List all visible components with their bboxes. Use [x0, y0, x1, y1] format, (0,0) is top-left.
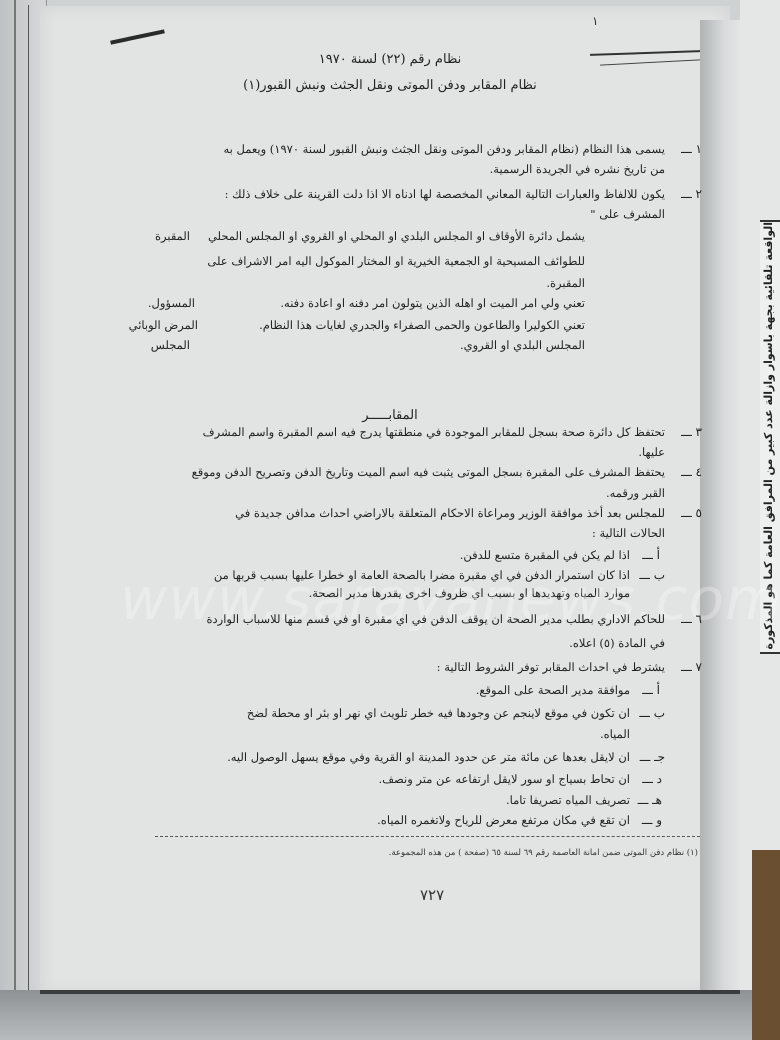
- page-binding-shadow: [700, 20, 740, 990]
- article-text: للمجلس بعد أخذ موافقة الوزير ومراعاة الا…: [235, 506, 665, 520]
- definition-text: يشمل دائرة الأوقاف او المجلس البلدي او ا…: [208, 229, 585, 243]
- clause-text: موافقة مدير الصحة على الموقع.: [476, 683, 630, 697]
- article-number: ٤ ـــ: [681, 465, 702, 479]
- clause-label: جـ ـــ: [640, 750, 665, 764]
- section-heading: المقابـــــر: [0, 408, 780, 423]
- article-number: ١ ـــ: [681, 142, 702, 156]
- article-text: يسمى هذا النظام (نظام المقابر ودفن الموت…: [223, 142, 665, 156]
- clause-label: ب ـــ: [639, 706, 665, 720]
- article-number: ٧ ـــ: [681, 660, 702, 674]
- clause-text: المياه.: [600, 727, 630, 741]
- clause-text: ان لايقل بعدها عن مائة متر عن حدود المدي…: [227, 750, 630, 764]
- article-text: عليها.: [638, 445, 665, 459]
- article-text: المشرف على ": [590, 207, 665, 221]
- article-text: القبر ورقمه.: [606, 486, 665, 500]
- page-number: ٧٢٧: [420, 886, 444, 904]
- clause-text: ان تكون في موقع لاينجم عن وجودها فيه خطر…: [247, 706, 630, 720]
- definition-text: المقبرة.: [546, 276, 585, 290]
- article-text: يشترط في احداث المقابر توفر الشروط التال…: [437, 660, 665, 674]
- clause-label: و ـــ: [642, 813, 662, 827]
- definition-text: المجلس البلدي او القروي.: [460, 338, 585, 352]
- definition-term: المسؤول.: [148, 296, 195, 310]
- clause-label: أ ـــ: [642, 683, 660, 697]
- regulation-title: نظام رقم (٢٢) لسنة ١٩٧٠: [0, 52, 780, 67]
- definition-term: المقبرة: [155, 229, 190, 243]
- article-text: من تاريخ نشره في الجريدة الرسمية.: [490, 162, 665, 176]
- page-bottom-edge: [40, 990, 740, 994]
- footnote: (١) نظام دفن الموتى ضمن امانة العاصمة رق…: [389, 848, 698, 858]
- definition-text: للطوائف المسيحية او الجمعية الخيرية او ا…: [207, 254, 585, 268]
- definition-term: المجلس: [151, 338, 190, 352]
- wood-surface: [752, 850, 780, 1040]
- definition-term: المرض الوبائي: [129, 318, 198, 332]
- article-number: ٦ ـــ: [681, 612, 702, 626]
- corner-number: ١: [592, 14, 598, 28]
- article-number: ٢ ـــ: [681, 187, 702, 201]
- clause-label: هـ ـــ: [638, 793, 662, 807]
- article-text: للحاكم الاداري بطلب مدير الصحة ان يوقف ا…: [207, 612, 666, 626]
- clause-text: تصريف المياه تصريفا تاما.: [506, 793, 630, 807]
- article-text: يكون للالفاظ والعبارات التالية المعاني ا…: [225, 187, 665, 201]
- clause-text: اذا لم يكن في المقبرة متسع للدفن.: [460, 548, 630, 562]
- article-number: ٥ ـــ: [681, 506, 702, 520]
- article-text: يحتفظ المشرف على المقبرة بسجل الموتى يثب…: [192, 465, 665, 479]
- article-text: تحتفظ كل دائرة صحة بسجل للمقابر الموجودة…: [203, 425, 665, 439]
- article-text: في المادة (٥) اعلاه.: [569, 636, 665, 650]
- regulation-subtitle: نظام المقابر ودفن الموتى ونقل الجثث ونبش…: [0, 78, 780, 93]
- clause-text: ان تقع في مكان مرتفع معرض للرياح ولاتغمر…: [377, 813, 630, 827]
- clause-label: أ ـــ: [642, 548, 660, 562]
- clause-text: ان تحاط بسياج او سور لايقل ارتفاعه عن مت…: [378, 772, 630, 786]
- footnote-rule: [155, 836, 700, 837]
- definition-text: تعني الكوليرا والطاعون والحمى الصفراء وا…: [259, 318, 585, 332]
- clause-label: د ـــ: [642, 772, 662, 786]
- article-text: الحالات التالية :: [592, 526, 665, 540]
- article-number: ٣ ـــ: [681, 425, 702, 439]
- definition-text: تعني ولي امر الميت او اهله الذين يتولون …: [280, 296, 585, 310]
- table-surface: [0, 990, 780, 1040]
